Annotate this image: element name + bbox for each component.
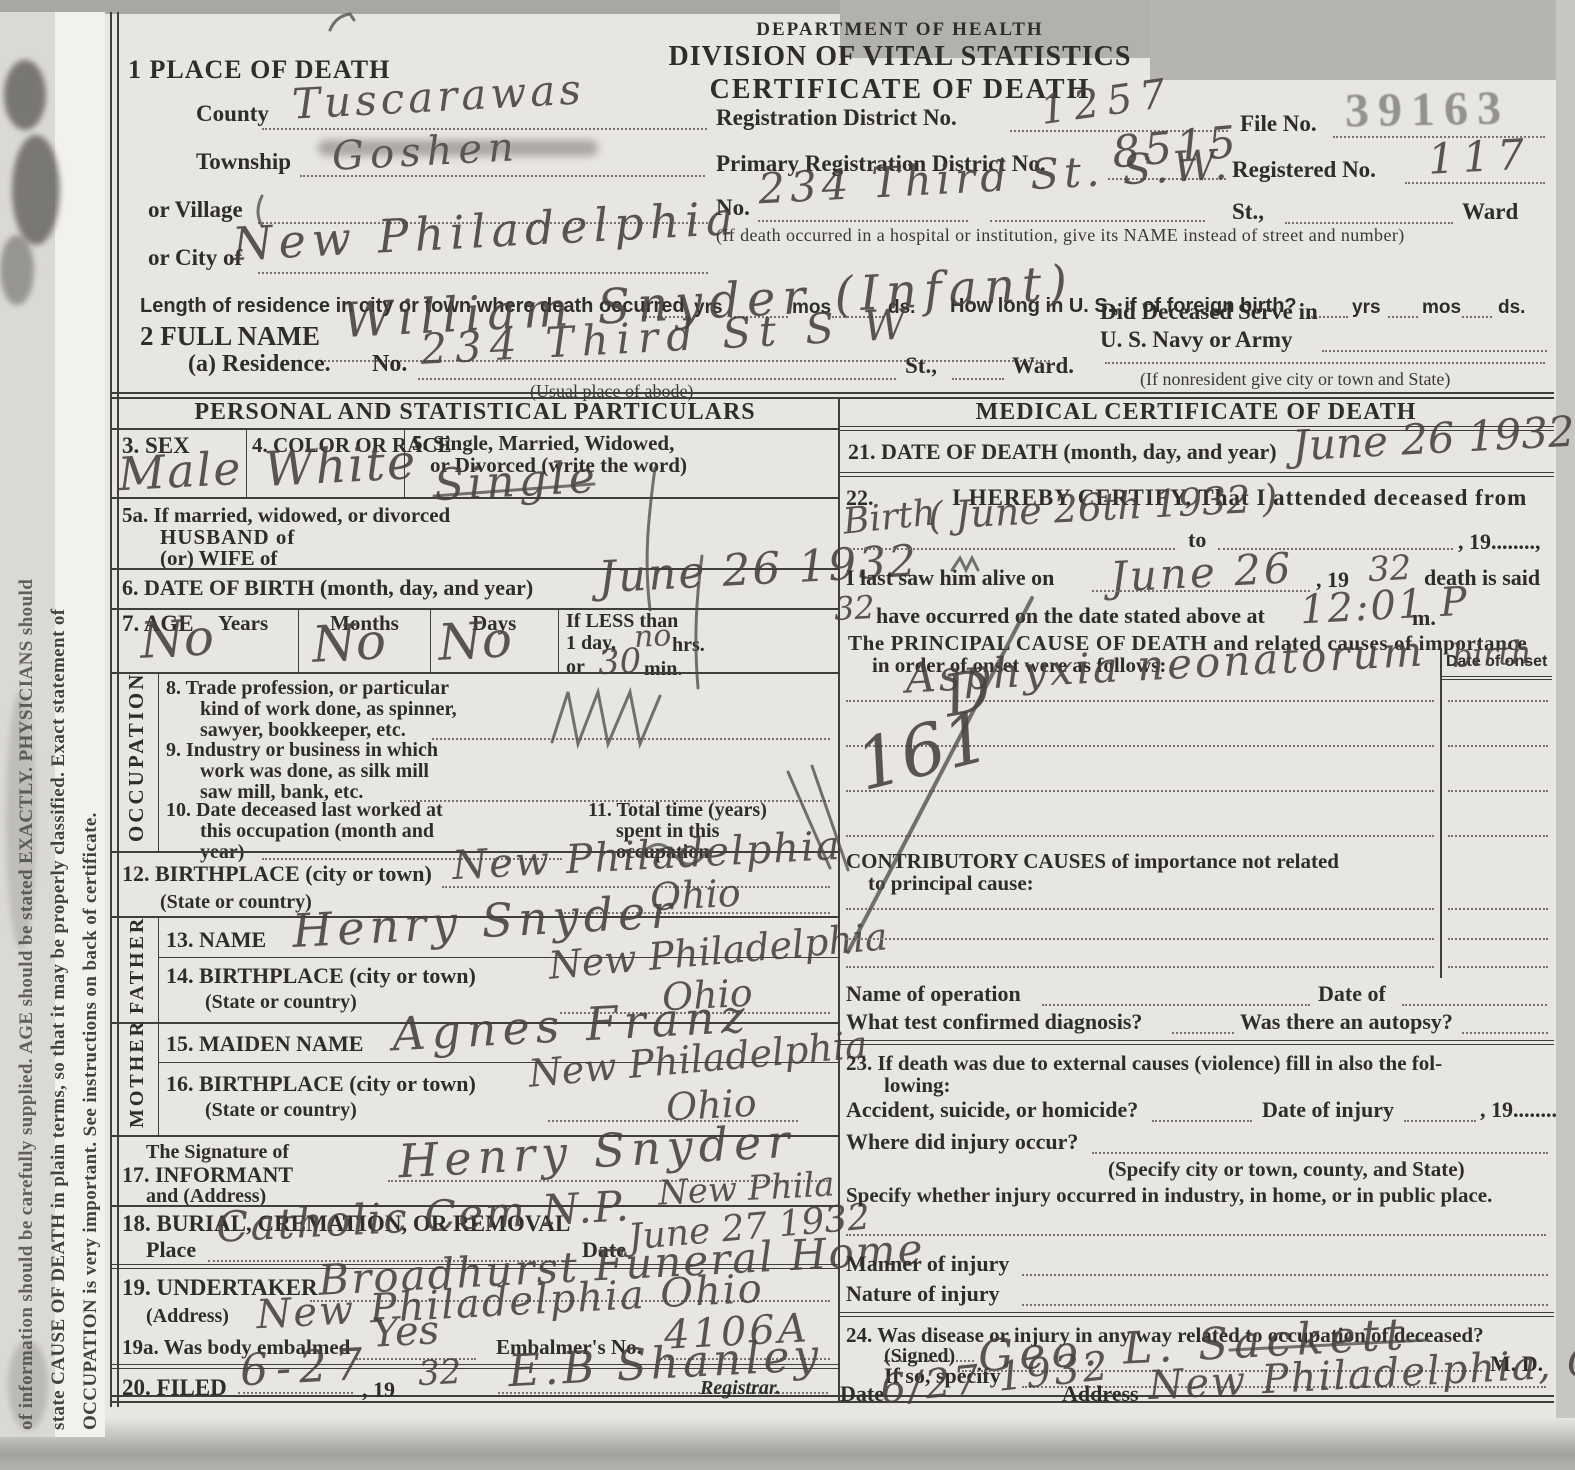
contributory-line	[846, 908, 1434, 910]
header-department: DEPARTMENT OF HEALTH	[600, 20, 1200, 40]
scan-artifact-blob	[12, 135, 60, 245]
marital-label-line1: 5. Single, Married, Widowed,	[412, 432, 674, 454]
father-state-label: (State or country)	[205, 992, 357, 1013]
injury-date-label: Date of injury	[1262, 1098, 1394, 1121]
age-min-value-handwritten: 30	[597, 644, 642, 680]
cell-divider	[246, 428, 247, 498]
last-saw-label: I last saw him alive on	[846, 566, 1054, 589]
age-years-value-handwritten: No	[139, 612, 215, 666]
onset-header-rule-a	[1440, 676, 1552, 677]
test-label: What test confirmed diagnosis?	[846, 1010, 1142, 1033]
nonresident-line	[1105, 362, 1545, 364]
manner-injury-line	[1022, 1274, 1548, 1276]
file-no-label: File No.	[1240, 112, 1317, 136]
f23-label-line2: lowing:	[884, 1074, 951, 1096]
injury-year19-label: , 19........	[1480, 1098, 1557, 1121]
registered-no-value-handwritten: 117	[1427, 133, 1533, 180]
margin-instruction-line3: OCCUPATION is very important. See instru…	[80, 812, 102, 1430]
scan-bottom-shadow	[0, 1418, 1575, 1470]
occupation-f8-line	[432, 738, 830, 740]
registration-district-label: Registration District No.	[716, 106, 957, 130]
occupation-side-label: OCCUPATION	[124, 672, 149, 842]
embalmed-value-handwritten: Yes	[371, 1310, 440, 1353]
autopsy-line	[1462, 1032, 1548, 1034]
industry-line	[846, 1234, 1546, 1236]
birthplace-label: 12. BIRTHPLACE (city or town)	[122, 862, 432, 885]
race-value-handwritten: White	[263, 438, 419, 494]
f5a-label-line2: HUSBAND of	[160, 526, 295, 548]
county-label: County	[196, 102, 269, 126]
where-injury-label: Where did injury occur?	[846, 1130, 1078, 1153]
dob-label: 6. DATE OF BIRTH (month, day, and year)	[122, 576, 533, 599]
onset-line	[1448, 835, 1548, 837]
specify-city-note: (Specify city or town, county, and State…	[1108, 1158, 1465, 1180]
injury-date-line	[1404, 1120, 1476, 1122]
age-cell-divider	[298, 608, 299, 672]
f23-rule-a	[838, 1040, 1554, 1041]
scan-right-edge	[1556, 0, 1575, 1470]
contributory-label-line1: CONTRIBUTORY CAUSES of importance not re…	[846, 850, 1339, 872]
registered-no-label: Registered No.	[1232, 158, 1376, 182]
personal-section-header: PERSONAL AND STATISTICAL PARTICULARS	[112, 400, 838, 425]
scan-top-right-corner	[1150, 0, 1575, 80]
operation-label: Name of operation	[846, 982, 1021, 1005]
onset-line	[1448, 790, 1548, 792]
father-birthplace-label: 14. BIRTHPLACE (city or town)	[166, 964, 476, 987]
row-rule	[110, 608, 838, 610]
howlong-ds-label: ds.	[1498, 298, 1525, 318]
occupation-side-divider	[158, 672, 159, 851]
death-certificate-scan: of information should be carefully suppl…	[0, 0, 1575, 1470]
age-months-value-handwritten: No	[311, 616, 387, 670]
city-value-handwritten: New Philadelphia	[231, 195, 740, 267]
form-left-double-rule-b	[117, 12, 119, 1407]
attended-from-value-handwritten: Birth	[841, 495, 937, 541]
registrar-label: Registrar.	[700, 1378, 781, 1399]
scan-artifact-blob	[4, 60, 46, 130]
navy-line	[1322, 350, 1547, 352]
township-label: Township	[196, 150, 291, 174]
industry-label: Specify whether injury occurred in indus…	[846, 1184, 1492, 1206]
hospital-note: (If death occurred in a hospital or inst…	[716, 226, 1405, 245]
age-years-label: Years	[218, 612, 268, 634]
filed-label: 20. FILED	[122, 1376, 227, 1400]
full-name-label: 2 FULL NAME	[140, 322, 320, 350]
f24-rule-a	[838, 1312, 1554, 1313]
occupation-f8-line2: kind of work done, as spinner,	[200, 699, 457, 720]
street-line-b	[990, 220, 1205, 222]
nature-injury-line	[1022, 1304, 1548, 1306]
filed-year-value-handwritten: 32	[417, 1355, 462, 1391]
navy-label-line2: U. S. Navy or Army	[1100, 328, 1293, 352]
occurred-label: have occurred on the date stated above a…	[876, 604, 1265, 627]
city-label: or City of	[148, 246, 242, 270]
attended-year19-label: , 19........,	[1458, 530, 1541, 553]
informant-label-line1: The Signature of	[146, 1142, 289, 1163]
howlong-yrs-label: yrs	[1352, 298, 1381, 318]
father-name-label: 13. NAME	[166, 928, 266, 951]
occupation-f11-line1: 11. Total time (years)	[588, 800, 767, 821]
informant-label-line2: 17. INFORMANT	[122, 1163, 293, 1186]
ward-label: Ward	[1462, 200, 1518, 224]
residence-no-label: No.	[372, 352, 407, 377]
howlong-mos-line	[1388, 316, 1418, 318]
manner-injury-label: Manner of injury	[846, 1252, 1009, 1275]
place-of-death-pen-mark	[330, 14, 354, 30]
st-line	[1285, 222, 1453, 224]
f23-label-line1: 23. If death was due to external causes …	[846, 1052, 1442, 1074]
burial-place-label: Place	[146, 1238, 196, 1261]
age-hrs-label: hrs.	[672, 635, 705, 656]
scan-artifact-blob	[0, 235, 34, 305]
residence-label: (a) Residence.	[188, 352, 331, 377]
margin-instruction-line2: state CAUSE OF DEATH in plain terms, so …	[48, 609, 70, 1430]
nature-injury-label: Nature of injury	[846, 1282, 1000, 1305]
f5a-label-line1: 5a. If married, widowed, or divorced	[122, 504, 450, 526]
margin-instruction-line1: of information should be carefully suppl…	[16, 579, 38, 1430]
onset-line	[1448, 966, 1548, 968]
navy-label-line1: Did Deceased Serve in	[1100, 300, 1318, 324]
onset-value-handwritten: birth	[1451, 636, 1532, 672]
age-cell-divider	[430, 608, 431, 672]
age-days-value-handwritten: No	[437, 614, 513, 668]
mother-birthplace-label: 16. BIRTHPLACE (city or town)	[166, 1072, 476, 1095]
birthplace-value-handwritten: New Philadelphia	[451, 826, 842, 886]
mother-state-label: (State or country)	[205, 1100, 357, 1121]
occurred-prefix-handwritten: 32	[833, 591, 875, 625]
residence-ward-label: Ward.	[1012, 354, 1074, 378]
certificate-date-label: Date	[840, 1382, 884, 1405]
village-label: or Village	[148, 198, 243, 222]
filed-year-label: , 19	[362, 1378, 395, 1401]
cause-line	[846, 700, 1434, 702]
onset-line	[1448, 938, 1548, 940]
contributory-line	[846, 938, 1434, 940]
personal-header-rule	[110, 428, 838, 430]
operation-date-label: Date of	[1318, 982, 1386, 1005]
f23-rule-b	[838, 1044, 1554, 1045]
operation-date-line	[1402, 1004, 1547, 1006]
last-saw-line	[1092, 590, 1310, 592]
occupation-scribble-stroke	[552, 692, 660, 744]
section-divider-double-a	[110, 392, 1554, 394]
operation-line	[1042, 1004, 1310, 1006]
row-rule	[110, 672, 838, 674]
registered-no-line	[1405, 182, 1545, 184]
address-label: Address	[1062, 1382, 1139, 1405]
accident-line	[1152, 1120, 1252, 1122]
autopsy-label: Was there an autopsy?	[1240, 1010, 1453, 1033]
city-line	[258, 272, 708, 274]
undertaker-address-label: (Address)	[146, 1306, 229, 1327]
time-m-label: m.	[1412, 606, 1436, 629]
date-of-death-value-handwritten: June 26 1932	[1291, 411, 1575, 468]
residence-st-label: St.,	[905, 354, 937, 378]
township-erasure-smudge	[318, 140, 598, 156]
howlong-mos-label: mos	[1422, 298, 1461, 318]
bottom-double-rule-b	[110, 1401, 1554, 1403]
marital-value-handwritten: Single	[433, 456, 600, 509]
county-value-handwritten: Tuscarawas	[291, 68, 586, 125]
occupation-f8-line1: 8. Trade profession, or particular	[166, 678, 449, 699]
mortality-code-suffix-handwritten: D	[939, 660, 995, 725]
st-label: St.,	[1232, 200, 1264, 224]
form-left-double-rule-a	[110, 12, 112, 1407]
occupation-f8-line3: sawyer, bookkeeper, etc.	[200, 720, 406, 741]
filed-date-line	[238, 1392, 353, 1394]
test-line	[1172, 1032, 1234, 1034]
street-line-a	[758, 220, 968, 222]
f5a-label-line3: (or) WIFE of	[160, 547, 277, 569]
age-cell-divider	[558, 608, 559, 672]
row-rule	[110, 497, 838, 499]
accident-label: Accident, suicide, or homicide?	[846, 1098, 1138, 1121]
age-or-label: or	[566, 657, 585, 678]
father-side-label: FATHER	[126, 916, 149, 1014]
occupation-f10-line1: 10. Date deceased last worked at	[166, 800, 443, 821]
date-of-death-label: 21. DATE OF DEATH (month, day, and year)	[848, 440, 1277, 463]
cause-line	[846, 835, 1434, 837]
where-injury-line	[1092, 1152, 1548, 1154]
occupation-f9-line1: 9. Industry or business in which	[166, 740, 438, 761]
burial-place-value-handwritten: Catholic Cem N.P.	[215, 1185, 631, 1249]
file-no-stamp: 39163	[1345, 81, 1511, 139]
onset-line	[1448, 700, 1548, 702]
f21-rule-b	[838, 476, 1554, 477]
onset-header-rule-b	[1440, 679, 1552, 680]
death-time-handwritten: 12:01 P	[1299, 582, 1470, 631]
onset-line	[1448, 908, 1548, 910]
header-division: DIVISION OF VITAL STATISTICS	[600, 42, 1200, 71]
filed-date-value-handwritten: 6-27	[239, 1343, 372, 1394]
mother-maiden-label: 15. MAIDEN NAME	[166, 1032, 363, 1055]
sex-value-handwritten: Male	[117, 445, 244, 497]
birthplace-state-label: (State or country)	[160, 892, 312, 913]
father-side-divider	[158, 916, 159, 1022]
contributory-label-line2: to principal cause:	[868, 872, 1034, 894]
mother-side-divider	[158, 1022, 159, 1135]
age-min-label: min.	[644, 659, 682, 680]
nonresident-note: (If nonresident give city or town and St…	[1140, 370, 1450, 389]
onset-column-divider	[1440, 648, 1442, 978]
howlong-ds-line	[1462, 316, 1492, 318]
residence-st-line	[952, 378, 1004, 380]
occupation-f10-line2: this occupation (month and	[200, 821, 434, 842]
contributory-line	[846, 966, 1434, 968]
onset-line	[1448, 745, 1548, 747]
mother-side-label: MOTHER	[126, 1019, 149, 1128]
f24-rule-b	[838, 1316, 1554, 1317]
occupation-f9-line2: work was done, as silk mill	[200, 761, 429, 782]
f21-rule-a	[838, 472, 1554, 473]
attended-line	[845, 548, 1175, 550]
residence-line	[418, 378, 896, 380]
